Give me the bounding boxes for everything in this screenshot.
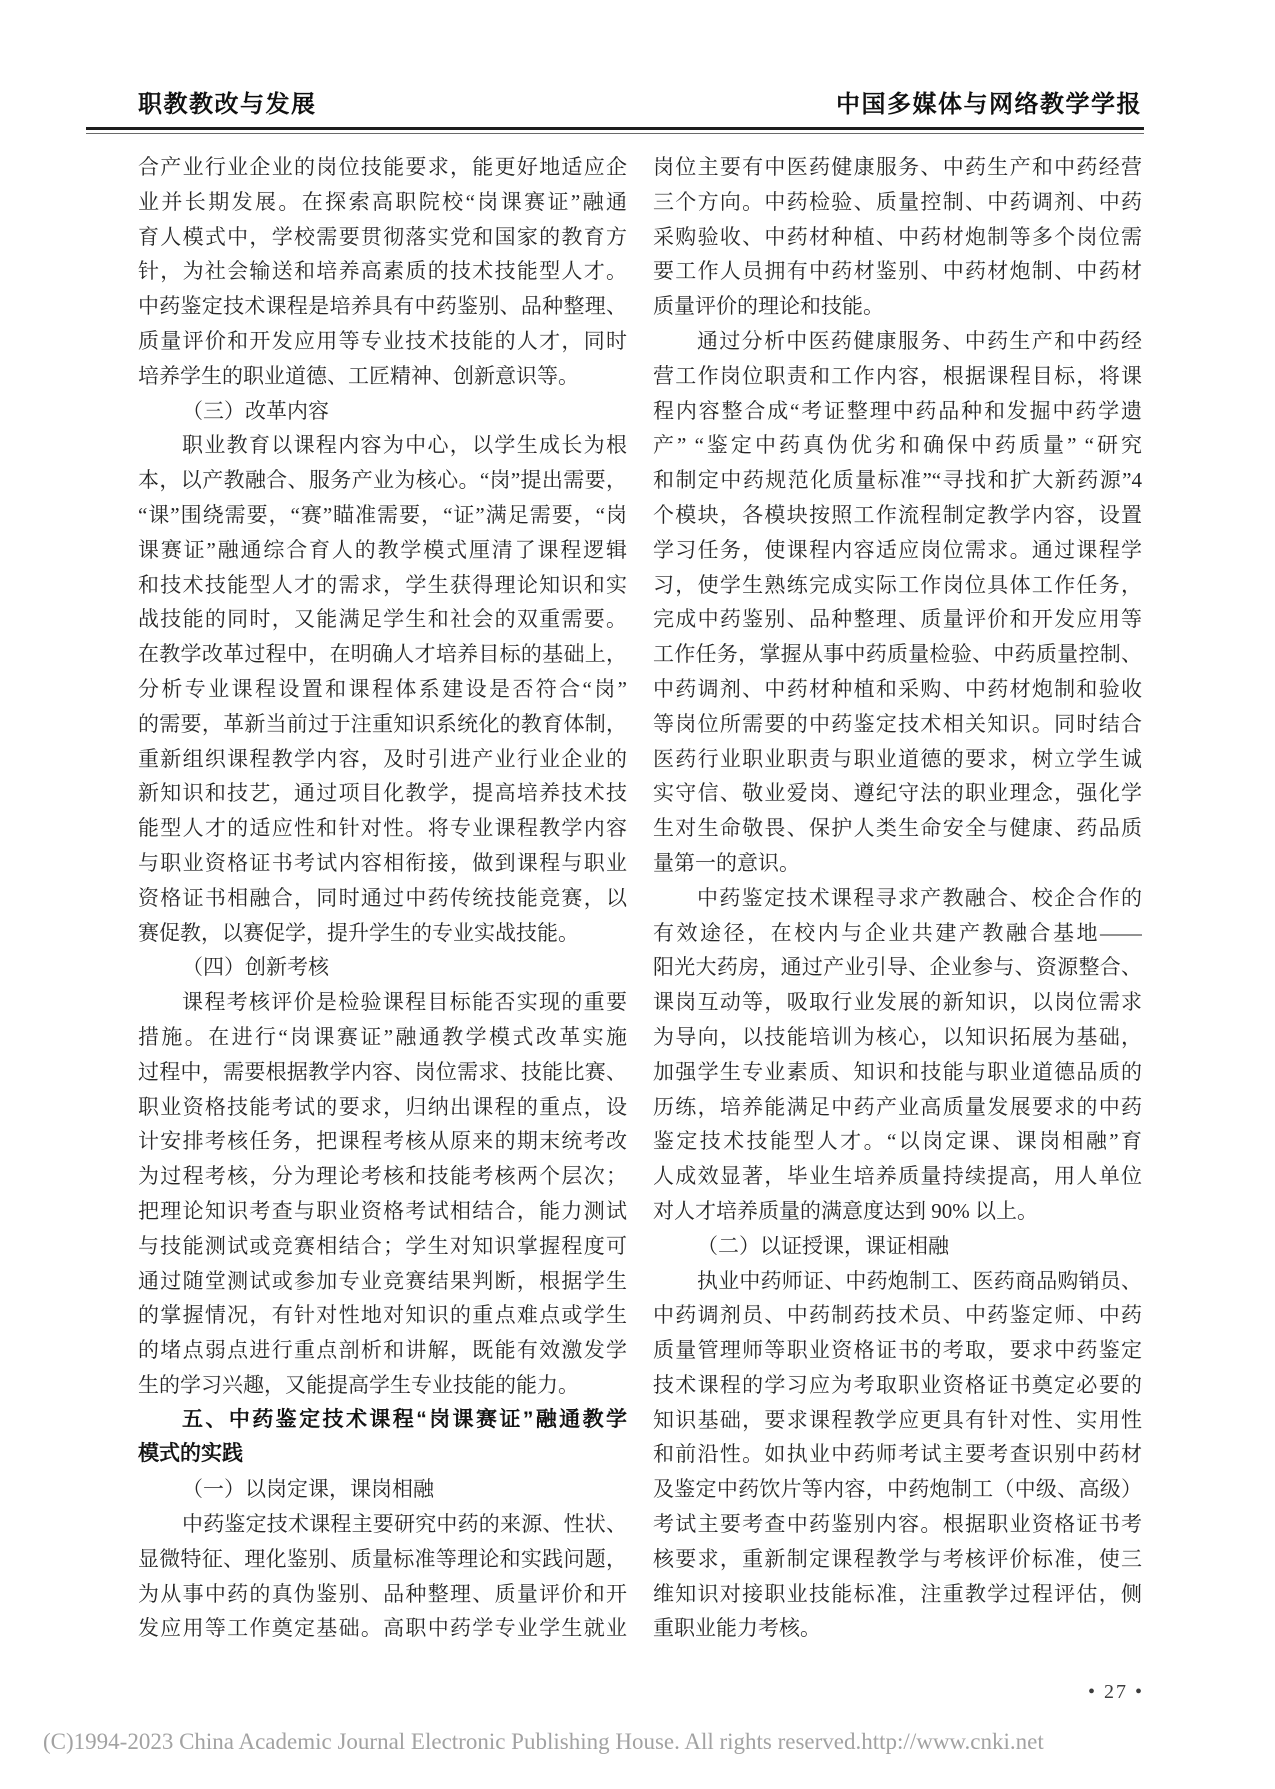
page-header: 职教教改与发展 中国多媒体与网络教学学报 (138, 84, 1142, 119)
text-line: 质量评价的理论和技能。 (653, 289, 1142, 324)
text-line: 职业资格技能考试的要求，归纳出课程的重点，设 (138, 1090, 627, 1125)
text-line: 育人模式中，学校需要贯彻落实党和国家的教育方 (138, 220, 627, 255)
text-line: 中药鉴定技术课程寻求产教融合、校企合作的 (653, 881, 1142, 916)
text-line: 生的学习兴趣，又能提高学生专业技能的能力。 (138, 1368, 627, 1403)
text-line: 分析专业课程设置和课程体系建设是否符合“岗” (138, 672, 627, 707)
footer-copyright: (C)1994-2023 China Academic Journal Elec… (43, 1729, 861, 1755)
journal-page: 职教教改与发展 中国多媒体与网络教学学报 合产业行业企业的岗位技能要求，能更好地… (0, 0, 1275, 1789)
text-line: 及鉴定中药饮片等内容，中药炮制工（中级、高级） (653, 1472, 1142, 1507)
text-line: 的堵点弱点进行重点剖析和讲解，既能有效激发学 (138, 1333, 627, 1368)
text-line: 和技术技能型人才的需求，学生获得理论知识和实 (138, 568, 627, 603)
text-line: 本，以产教融合、服务产业为核心。“岗”提出需要， (138, 463, 627, 498)
text-line: 过程中，需要根据教学内容、岗位需求、技能比赛、 (138, 1055, 627, 1090)
text-line: 显微特征、理化鉴别、质量标准等理论和实践问题， (138, 1542, 627, 1577)
text-line: 把理论知识考查与职业资格考试相结合，能力测试 (138, 1194, 627, 1229)
page-number: • 27 • (1088, 1681, 1144, 1704)
text-line: 为过程考核，分为理论考核和技能考核两个层次； (138, 1159, 627, 1194)
text-line: （二）以证授课，课证相融 (653, 1229, 1142, 1264)
text-line: 能型人才的适应性和针对性。将专业课程教学内容 (138, 811, 627, 846)
text-line: 历练，培养能满足中药产业高质量发展要求的中药 (653, 1090, 1142, 1125)
text-line: 资格证书相融合，同时通过中药传统技能竞赛，以 (138, 881, 627, 916)
text-line: 质量评价和开发应用等专业技术技能的人才，同时 (138, 324, 627, 359)
text-line: 个模块，各模块按照工作流程制定教学内容，设置 (653, 498, 1142, 533)
text-line: 中药鉴定技术课程是培养具有中药鉴别、品种整理、 (138, 289, 627, 324)
text-line: 技术课程的学习应为考取职业资格证书奠定必要的 (653, 1368, 1142, 1403)
text-line: 对人才培养质量的满意度达到 90% 以上。 (653, 1194, 1142, 1229)
header-rule-thin (86, 133, 1144, 134)
text-line: 职业教育以课程内容为中心，以学生成长为根 (138, 428, 627, 463)
text-line: 三个方向。中药检验、质量控制、中药调剂、中药 (653, 185, 1142, 220)
text-line: 与技能测试或竞赛相结合；学生对知识掌握程度可 (138, 1229, 627, 1264)
text-line: 和前沿性。如执业中药师考试主要考查识别中药材 (653, 1437, 1142, 1472)
text-line: 通过分析中医药健康服务、中药生产和中药经 (653, 324, 1142, 359)
text-line: 习，使学生熟练完成实际工作岗位具体工作任务， (653, 568, 1142, 603)
text-line: 课赛证”融通综合育人的教学模式厘清了课程逻辑 (138, 533, 627, 568)
text-line: 等岗位所需要的中药鉴定技术相关知识。同时结合 (653, 707, 1142, 742)
text-line: 岗位主要有中医药健康服务、中药生产和中药经营 (653, 150, 1142, 185)
text-line: 赛促教，以赛促学，提升学生的专业实战技能。 (138, 916, 627, 951)
text-line: 实守信、敬业爱岗、遵纪守法的职业理念，强化学 (653, 776, 1142, 811)
text-line: 新知识和技艺，通过项目化教学，提高培养技术技 (138, 776, 627, 811)
text-line: 工作任务，掌握从事中药质量检验、中药质量控制、 (653, 637, 1142, 672)
text-line: 与职业资格证书考试内容相衔接，做到课程与职业 (138, 846, 627, 881)
text-line: 的掌握情况，有针对性地对知识的重点难点或学生 (138, 1298, 627, 1333)
text-line: 的需要，革新当前过于注重知识系统化的教育体制， (138, 707, 627, 742)
text-line: 程内容整合成“考证整理中药品种和发掘中药学遗 (653, 394, 1142, 429)
header-rule-thick (86, 127, 1144, 130)
text-line: 鉴定技术技能型人才。“以岗定课、课岗相融”育 (653, 1124, 1142, 1159)
text-line: 阳光大药房，通过产业引导、企业参与、资源整合、 (653, 950, 1142, 985)
header-journal-title: 中国多媒体与网络教学学报 (836, 84, 1142, 119)
text-line: 医药行业职业职责与职业道德的要求，树立学生诚 (653, 742, 1142, 777)
text-line: 有效途径，在校内与企业共建产教融合基地—— (653, 916, 1142, 951)
text-line: 合产业行业企业的岗位技能要求，能更好地适应企 (138, 150, 627, 185)
footer-url: http://www.cnki.net (861, 1729, 1043, 1755)
text-line: 措施。在进行“岗课赛证”融通教学模式改革实施 (138, 1020, 627, 1055)
text-line: 中药调剂员、中药制药技术员、中药鉴定师、中药 (653, 1298, 1142, 1333)
text-line: 重职业能力考核。 (653, 1611, 1142, 1646)
section-heading-line: 五、中药鉴定技术课程“岗课赛证”融通教学 (138, 1403, 627, 1438)
text-line: 学习任务，使课程内容适应岗位需求。通过课程学 (653, 533, 1142, 568)
column-right: 岗位主要有中医药健康服务、中药生产和中药经营三个方向。中药检验、质量控制、中药调… (653, 150, 1142, 1646)
section-heading-line: 模式的实践 (138, 1437, 627, 1472)
text-line: 计安排考核任务，把课程考核从原来的期末统考改 (138, 1124, 627, 1159)
column-left: 合产业行业企业的岗位技能要求，能更好地适应企业并长期发展。在探索高职院校“岗课赛… (138, 150, 627, 1646)
text-line: 核要求，重新制定课程教学与考核评价标准，使三 (653, 1542, 1142, 1577)
text-line: 通过随堂测试或参加专业竞赛结果判断，根据学生 (138, 1264, 627, 1299)
text-line: 质量管理师等职业资格证书的考取，要求中药鉴定 (653, 1333, 1142, 1368)
text-line: 重新组织课程教学内容，及时引进产业行业企业的 (138, 742, 627, 777)
text-line: （三）改革内容 (138, 394, 627, 429)
text-line: 加强学生专业素质、知识和技能与职业道德品质的 (653, 1055, 1142, 1090)
text-line: 生对生命敬畏、保护人类生命安全与健康、药品质 (653, 811, 1142, 846)
text-line: 人成效显著，毕业生培养质量持续提高，用人单位 (653, 1159, 1142, 1194)
text-line: 采购验收、中药材种植、中药材炮制等多个岗位需 (653, 220, 1142, 255)
text-line: 为从事中药的真伪鉴别、品种整理、质量评价和开 (138, 1577, 627, 1612)
text-line: 知识基础，要求课程教学应更具有针对性、实用性 (653, 1403, 1142, 1438)
text-line: 为导向，以技能培训为核心，以知识拓展为基础， (653, 1020, 1142, 1055)
text-line: 中药调剂、中药材种植和采购、中药材炮制和验收 (653, 672, 1142, 707)
text-line: 业并长期发展。在探索高职院校“岗课赛证”融通 (138, 185, 627, 220)
text-line: 在教学改革过程中，在明确人才培养目标的基础上， (138, 637, 627, 672)
text-line: 量第一的意识。 (653, 846, 1142, 881)
text-line: （四）创新考核 (138, 950, 627, 985)
text-line: 发应用等工作奠定基础。高职中药学专业学生就业 (138, 1611, 627, 1646)
text-line: 中药鉴定技术课程主要研究中药的来源、性状、 (138, 1507, 627, 1542)
text-line: 产” “鉴定中药真伪优劣和确保中药质量” “研究 (653, 428, 1142, 463)
article-body: 合产业行业企业的岗位技能要求，能更好地适应企业并长期发展。在探索高职院校“岗课赛… (138, 150, 1142, 1646)
text-line: 维知识对接职业技能标准，注重教学过程评估，侧 (653, 1577, 1142, 1612)
text-line: 课岗互动等，吸取行业发展的新知识，以岗位需求 (653, 985, 1142, 1020)
text-line: 针，为社会输送和培养高素质的技术技能型人才。 (138, 254, 627, 289)
text-line: 战技能的同时，又能满足学生和社会的双重需要。 (138, 602, 627, 637)
text-line: 营工作岗位职责和工作内容，根据课程目标，将课 (653, 359, 1142, 394)
text-line: 执业中药师证、中药炮制工、医药商品购销员、 (653, 1264, 1142, 1299)
header-section-title: 职教教改与发展 (138, 84, 317, 119)
footer: (C)1994-2023 China Academic Journal Elec… (43, 1729, 1035, 1755)
text-line: （一）以岗定课，课岗相融 (138, 1472, 627, 1507)
text-line: 要工作人员拥有中药材鉴别、中药材炮制、中药材 (653, 254, 1142, 289)
text-line: 课程考核评价是检验课程目标能否实现的重要 (138, 985, 627, 1020)
text-line: 考试主要考查中药鉴别内容。根据职业资格证书考 (653, 1507, 1142, 1542)
text-line: “课”围绕需要，“赛”瞄准需要，“证”满足需要，“岗 (138, 498, 627, 533)
text-line: 培养学生的职业道德、工匠精神、创新意识等。 (138, 359, 627, 394)
text-line: 和制定中药规范化质量标准”“寻找和扩大新药源”4 (653, 463, 1142, 498)
text-line: 完成中药鉴别、品种整理、质量评价和开发应用等 (653, 602, 1142, 637)
